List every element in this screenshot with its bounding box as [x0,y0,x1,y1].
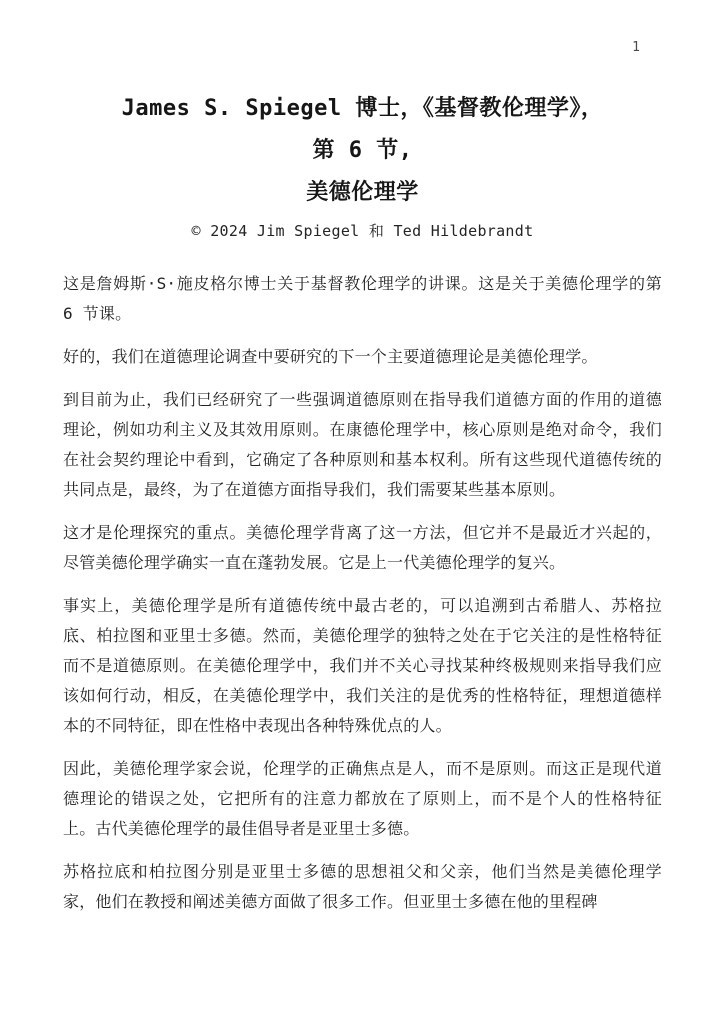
document-body: 这是詹姆斯·S·施皮格尔博士关于基督教伦理学的讲课。这是关于美德伦理学的第 6 … [63,269,662,917]
copyright-line: © 2024 Jim Spiegel 和 Ted Hildebrandt [63,221,662,241]
page-number: 1 [632,40,640,56]
paragraph: 因此，美德伦理学家会说，伦理学的正确焦点是人，而不是原则。而这正是现代道德理论的… [63,754,662,844]
document-page: 1 James S. Spiegel 博士，《基督教伦理学》， 第 6 节, 美… [0,0,724,1024]
paragraph: 苏格拉底和柏拉图分别是亚里士多德的思想祖父和父亲，他们当然是美德伦理学家，他们在… [63,857,662,917]
paragraph: 这是詹姆斯·S·施皮格尔博士关于基督教伦理学的讲课。这是关于美德伦理学的第 6 … [63,269,662,329]
title-line-2: 第 6 节, [63,130,662,172]
paragraph: 到目前为止，我们已经研究了一些强调道德原则在指导我们道德方面的作用的道德理论，例… [63,385,662,505]
paragraph: 事实上，美德伦理学是所有道德传统中最古老的，可以追溯到古希腊人、苏格拉底、柏拉图… [63,591,662,741]
document-title: James S. Spiegel 博士，《基督教伦理学》， 第 6 节, 美德伦… [63,88,662,214]
page-content: James S. Spiegel 博士，《基督教伦理学》， 第 6 节, 美德伦… [0,0,724,917]
paragraph: 好的，我们在道德理论调查中要研究的下一个主要道德理论是美德伦理学。 [63,342,662,372]
paragraph: 这才是伦理探究的重点。美德伦理学背离了这一方法，但它并不是最近才兴起的，尽管美德… [63,518,662,578]
title-line-1: James S. Spiegel 博士，《基督教伦理学》， [63,88,662,130]
title-line-3: 美德伦理学 [63,172,662,214]
